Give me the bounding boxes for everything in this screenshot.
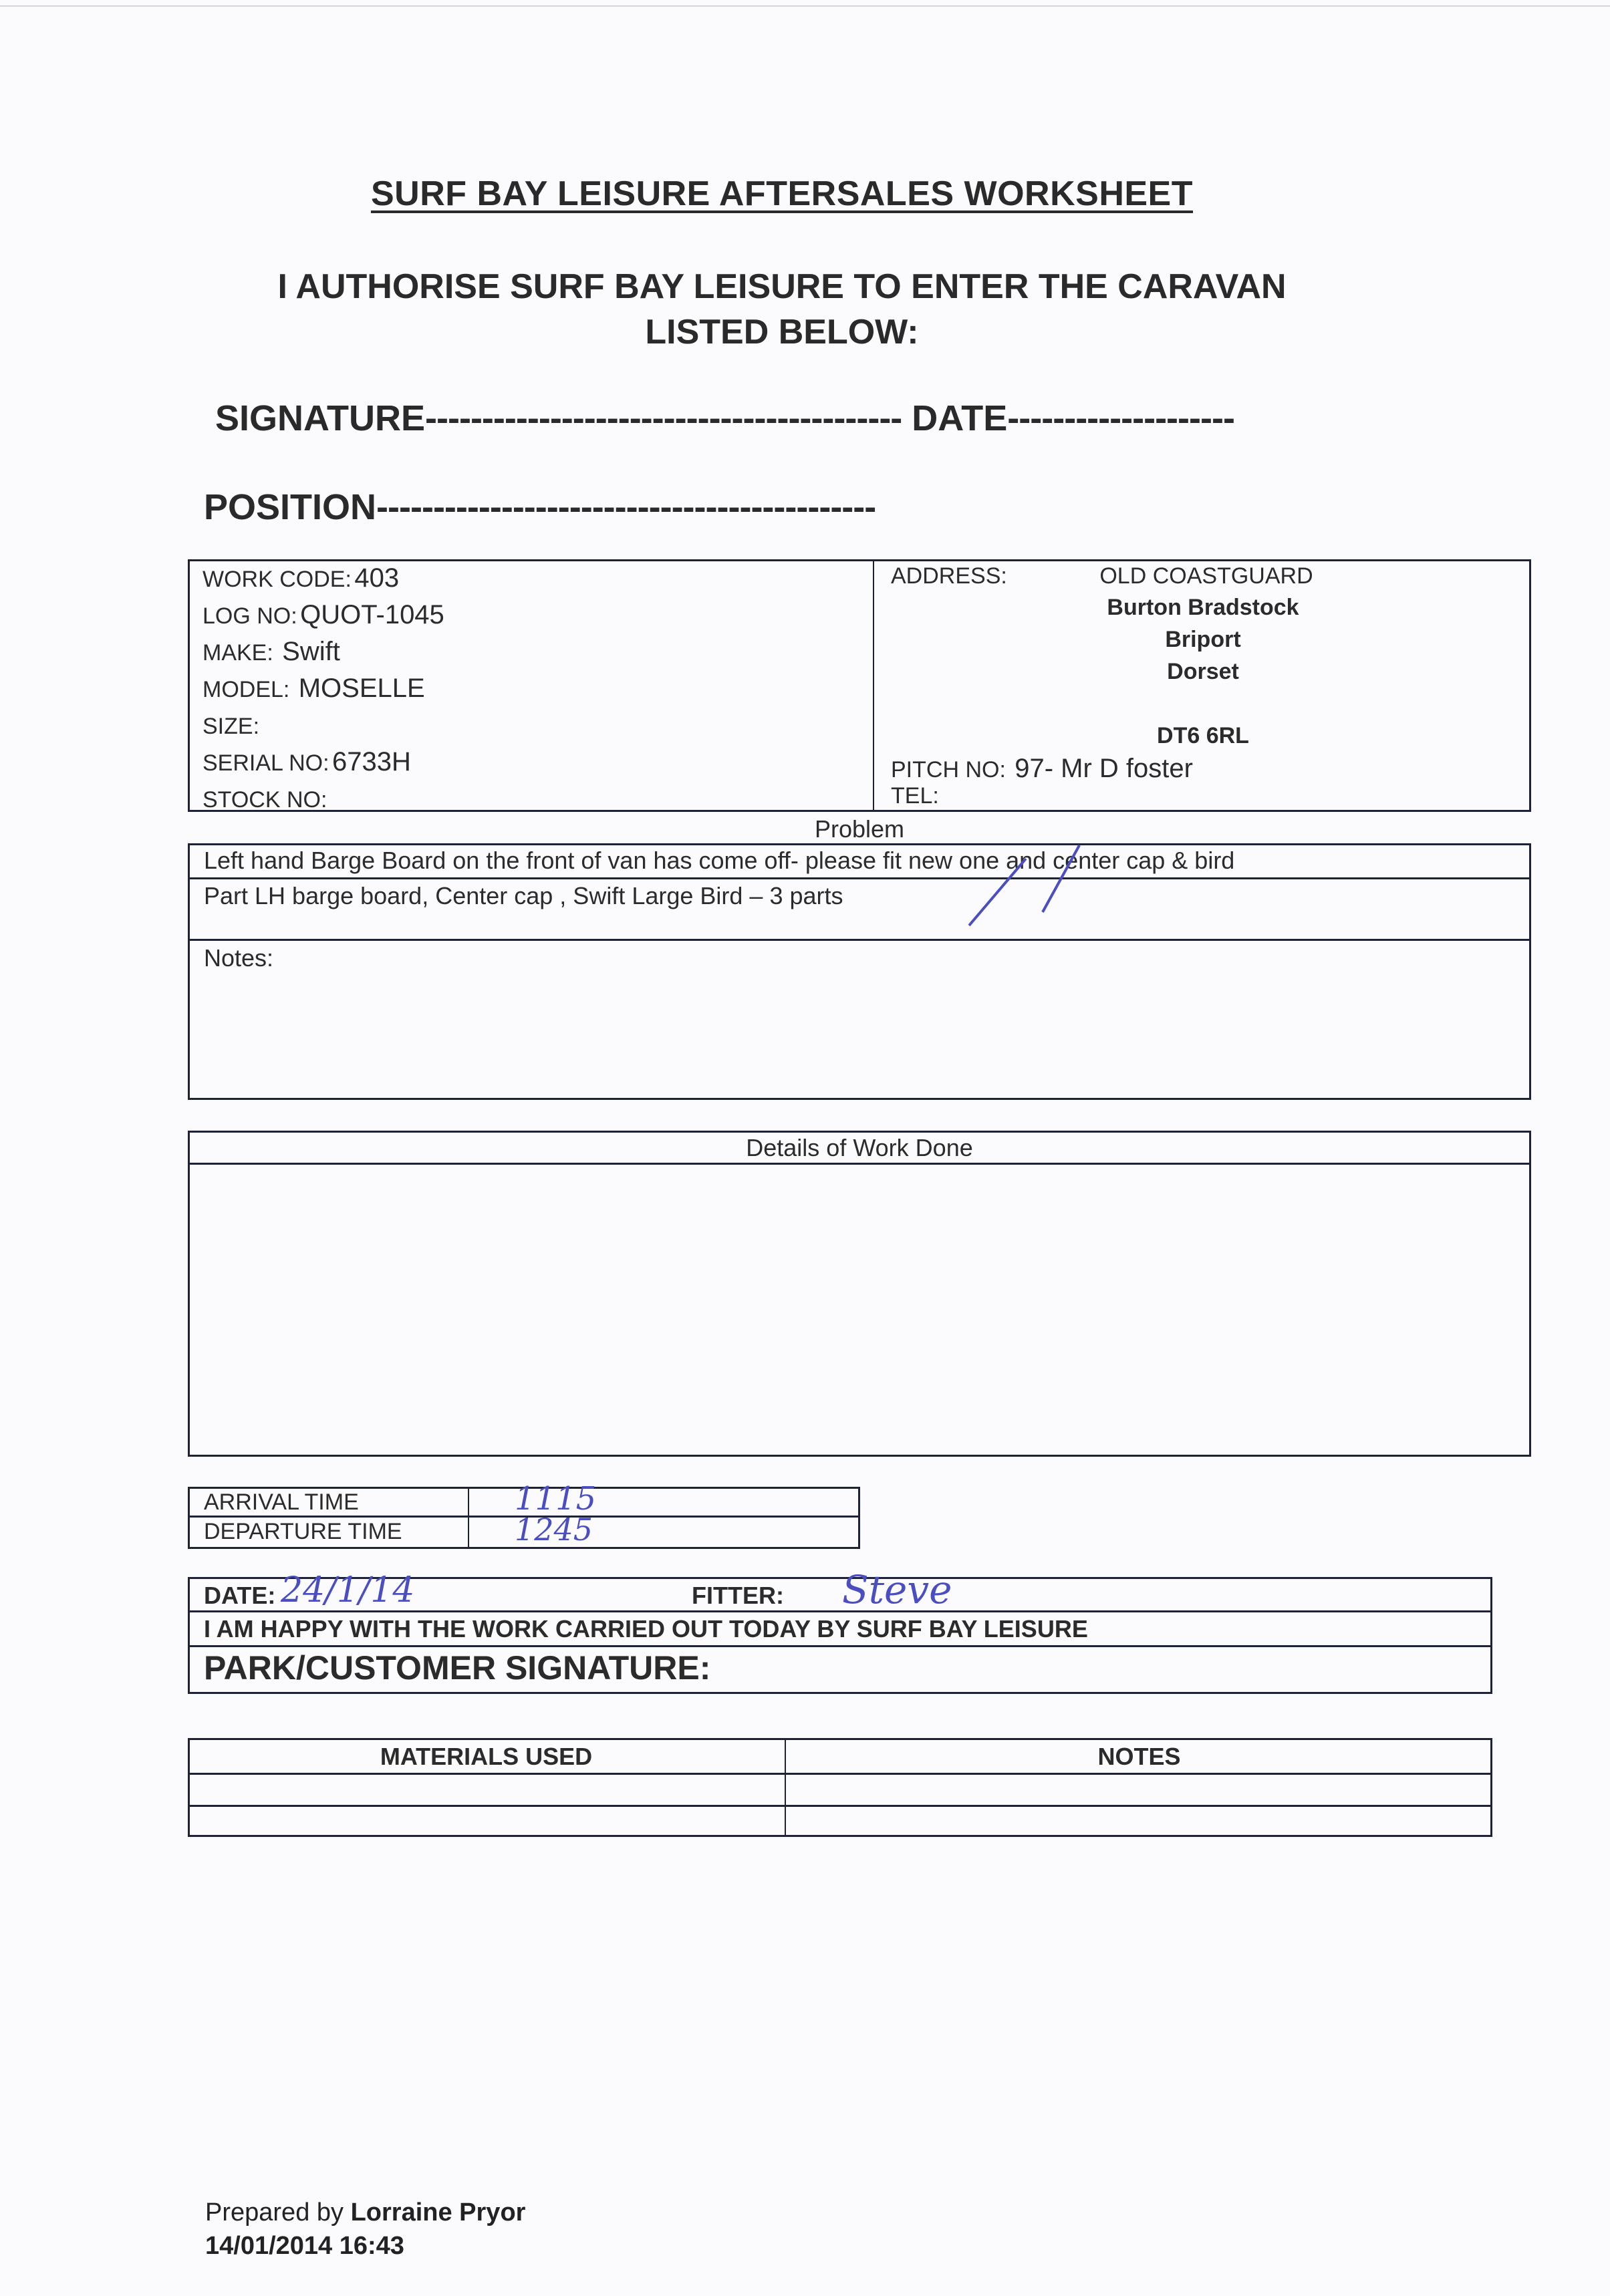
work-done-heading: Details of Work Done: [188, 1134, 1531, 1162]
address-line-2: Burton Bradstock: [902, 595, 1504, 621]
size-row: SIZE:: [203, 710, 444, 746]
signature-field[interactable]: ----------------------------------------…: [425, 398, 902, 438]
address-label: ADDRESS:: [891, 563, 1007, 589]
prepared-by-label: Prepared by: [205, 2198, 344, 2227]
prepared-by: Prepared by Lorraine Pryor: [205, 2198, 525, 2227]
signoff-row-divider-2: [188, 1645, 1492, 1647]
date-field[interactable]: --------------------: [1007, 398, 1234, 438]
tel-label: TEL:: [891, 783, 939, 809]
page-top-edge: [0, 5, 1610, 7]
authorisation-statement: I AUTHORISE SURF BAY LEISURE TO ENTER TH…: [0, 264, 1564, 355]
problem-parts[interactable]: Part LH barge board, Center cap , Swift …: [204, 882, 843, 910]
problem-row-divider-2: [188, 939, 1531, 941]
materials-row-1-material[interactable]: [194, 1777, 782, 1803]
departure-time-label: DEPARTURE TIME: [204, 1519, 402, 1545]
problem-heading: Problem: [188, 815, 1531, 843]
customer-signature-field[interactable]: [802, 1648, 1484, 1689]
authorisation-line-2: LISTED BELOW:: [0, 309, 1564, 355]
signoff-date-label: DATE:: [204, 1582, 275, 1610]
arrival-time-label: ARRIVAL TIME: [204, 1489, 359, 1516]
work-code-row: WORK CODE: 403: [203, 563, 444, 599]
fitter-value[interactable]: Steve: [842, 1567, 952, 1612]
work-done-field[interactable]: [194, 1169, 1524, 1450]
prepared-by-name: Lorraine Pryor: [351, 2198, 526, 2227]
make-row: MAKE: Swift: [203, 636, 444, 673]
handwritten-tick-mark: [962, 832, 1109, 932]
prepared-timestamp: 14/01/2014 16:43: [205, 2232, 404, 2261]
materials-row-divider: [188, 1805, 1492, 1807]
materials-row-2-material[interactable]: [194, 1809, 782, 1834]
page-title: SURF BAY LEISURE AFTERSALES WORKSHEET: [0, 174, 1564, 214]
problem-row-divider-1: [188, 877, 1531, 879]
date-label: DATE: [912, 398, 1007, 438]
materials-row-2-note[interactable]: [789, 1809, 1487, 1834]
address-postcode: DT6 6RL: [902, 723, 1504, 749]
make-value[interactable]: Swift: [282, 637, 340, 666]
materials-notes-header: NOTES: [786, 1743, 1492, 1771]
position-field[interactable]: ----------------------------------------…: [376, 487, 876, 527]
model-value[interactable]: MOSELLE: [299, 674, 425, 703]
signature-label: SIGNATURE: [215, 398, 425, 438]
work-done-header-divider: [188, 1163, 1531, 1165]
caravan-details-divider: [873, 559, 874, 812]
signoff-row-divider-1: [188, 1610, 1492, 1612]
pitch-no-value[interactable]: 97- Mr D foster: [1015, 754, 1193, 783]
times-col-divider: [468, 1487, 469, 1549]
materials-row-1-note[interactable]: [789, 1777, 1487, 1803]
notes-label: Notes:: [204, 944, 273, 972]
signature-line: SIGNATURE-------------------------------…: [215, 398, 1234, 439]
position-line: POSITION--------------------------------…: [204, 486, 876, 528]
work-code-value[interactable]: 403: [354, 563, 399, 593]
satisfaction-statement: I AM HAPPY WITH THE WORK CARRIED OUT TOD…: [204, 1615, 1088, 1643]
address-line-4: Dorset: [902, 659, 1504, 685]
fitter-label: FITTER:: [692, 1582, 784, 1610]
customer-signature-label: PARK/CUSTOMER SIGNATURE:: [204, 1648, 710, 1687]
position-label: POSITION: [204, 487, 376, 527]
serial-no-value[interactable]: 6733H: [332, 747, 411, 776]
log-no-row: LOG NO: QUOT-1045: [203, 599, 444, 636]
pitch-no-row: PITCH NO: 97- Mr D foster: [891, 754, 1193, 784]
address-line-3: Briport: [902, 627, 1504, 653]
model-row: MODEL: MOSELLE: [203, 673, 444, 710]
address-line-1: OLD COASTGUARD: [1096, 563, 1317, 589]
departure-time-value[interactable]: 1245: [515, 1512, 593, 1548]
caravan-fields: WORK CODE: 403 LOG NO: QUOT-1045 MAKE: S…: [203, 563, 444, 820]
materials-used-header: MATERIALS USED: [188, 1743, 785, 1771]
stock-no-row: STOCK NO:: [203, 783, 444, 820]
materials-header-divider: [188, 1773, 1492, 1775]
authorisation-line-1: I AUTHORISE SURF BAY LEISURE TO ENTER TH…: [0, 264, 1564, 309]
serial-no-row: SERIAL NO: 6733H: [203, 746, 444, 783]
signoff-date-value[interactable]: 24/1/14: [281, 1570, 414, 1610]
log-no-value[interactable]: QUOT-1045: [300, 600, 444, 629]
